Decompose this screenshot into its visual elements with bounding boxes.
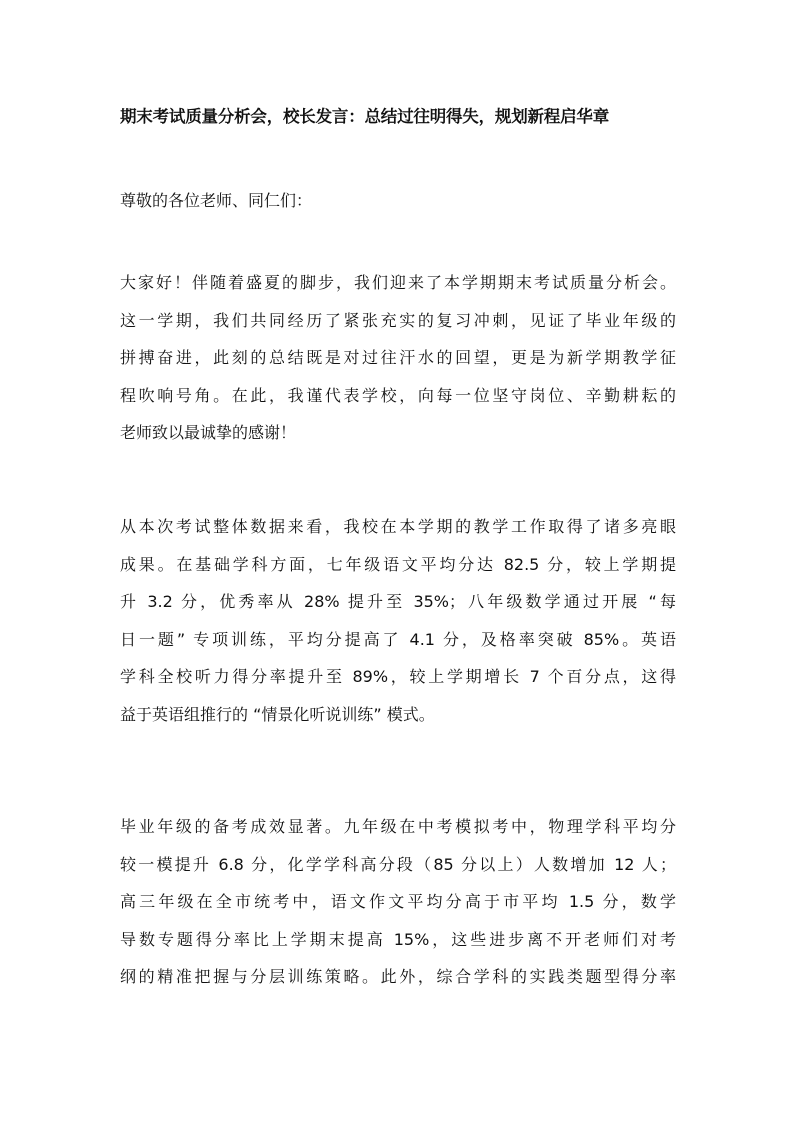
paragraph-line: 大家好！伴随着盛夏的脚步，我们迎来了本学期期末考试质量分析会。 — [120, 270, 676, 308]
paragraph-overall-results: 从本次考试整体数据来看，我校在本学期的教学工作取得了诸多亮眼 成果。在基础学科方… — [120, 514, 676, 739]
salutation: 尊敬的各位老师、同仁们： — [120, 188, 312, 214]
document-title: 期末考试质量分析会，校长发言：总结过往明得失，规划新程启华章 — [120, 104, 680, 130]
paragraph-line: 从本次考试整体数据来看，我校在本学期的教学工作取得了诸多亮眼 — [120, 514, 676, 552]
document-page: 期末考试质量分析会，校长发言：总结过往明得失，规划新程启华章 尊敬的各位老师、同… — [0, 0, 793, 1122]
paragraph-line: 益于英语组推行的 “情景化听说训练” 模式。 — [120, 702, 676, 740]
paragraph-line: 高三年级在全市统考中，语文作文平均分高于市平均 1.5 分，数学 — [120, 889, 676, 927]
paragraph-graduating-grades: 毕业年级的备考成效显著。九年级在中考模拟考中，物理学科平均分 较一模提升 6.8… — [120, 814, 676, 1002]
paragraph-line: 日一题” 专项训练，平均分提高了 4.1 分，及格率突破 85%。英语 — [120, 627, 676, 665]
paragraph-line: 拼搏奋进，此刻的总结既是对过往汗水的回望，更是为新学期教学征 — [120, 345, 676, 383]
paragraph-line: 学科全校听力得分率提升至 89%，较上学期增长 7 个百分点，这得 — [120, 664, 676, 702]
paragraph-line: 程吹响号角。在此，我谨代表学校，向每一位坚守岗位、辛勤耕耘的 — [120, 383, 676, 421]
paragraph-line: 升 3.2 分，优秀率从 28% 提升至 35%；八年级数学通过开展 “每 — [120, 589, 676, 627]
paragraph-line: 成果。在基础学科方面，七年级语文平均分达 82.5 分，较上学期提 — [120, 552, 676, 590]
paragraph-line: 纲的精准把握与分层训练策略。此外，综合学科的实践类题型得分率 — [120, 964, 676, 1002]
paragraph-opening: 大家好！伴随着盛夏的脚步，我们迎来了本学期期末考试质量分析会。 这一学期，我们共… — [120, 270, 676, 458]
paragraph-line: 老师致以最诚挚的感谢！ — [120, 420, 676, 458]
paragraph-line: 导数专题得分率比上学期末提高 15%，这些进步离不开老师们对考 — [120, 927, 676, 965]
paragraph-line: 毕业年级的备考成效显著。九年级在中考模拟考中，物理学科平均分 — [120, 814, 676, 852]
paragraph-line: 较一模提升 6.8 分，化学学科高分段（85 分以上）人数增加 12 人； — [120, 852, 676, 890]
paragraph-line: 这一学期，我们共同经历了紧张充实的复习冲刺，见证了毕业年级的 — [120, 308, 676, 346]
